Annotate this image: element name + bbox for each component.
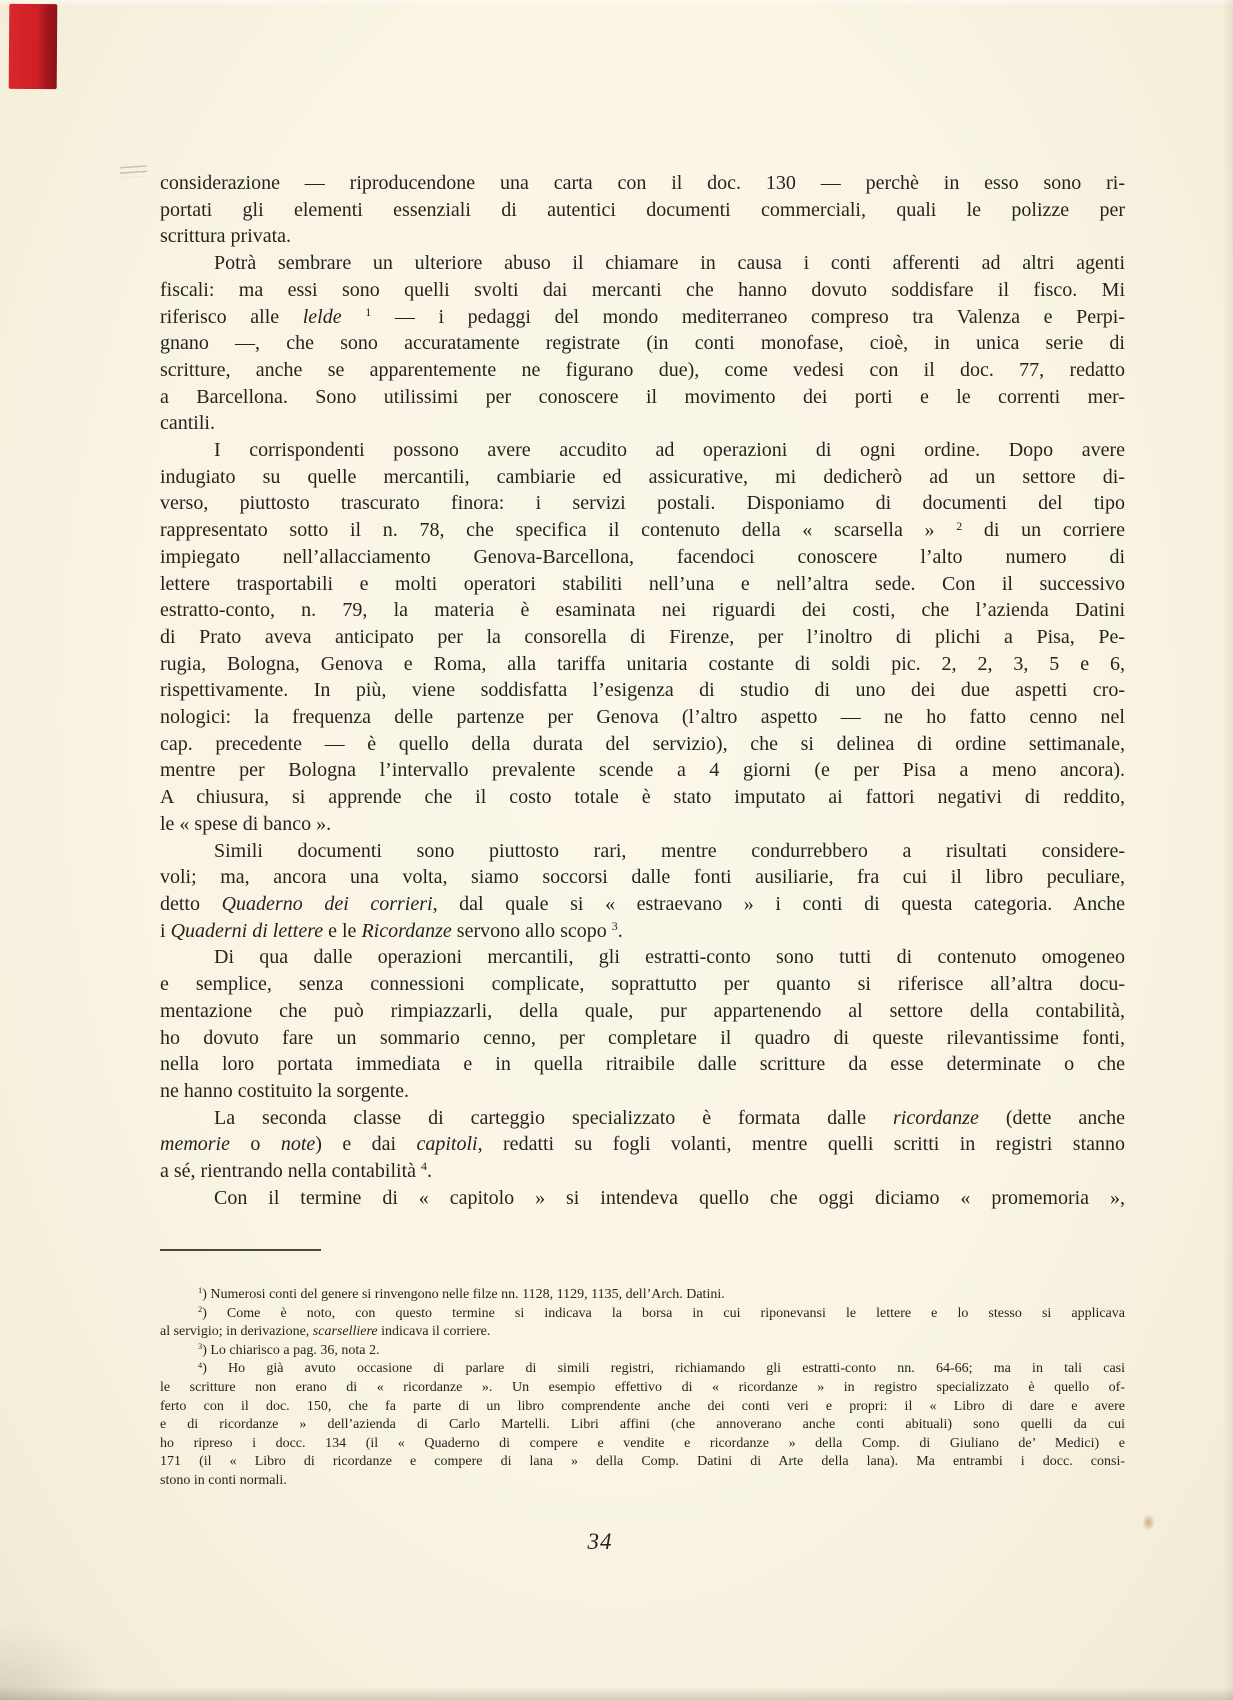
italic-term: lelde — [303, 306, 342, 328]
body-text-line: lettere trasportabili e molti operatori … — [160, 571, 1125, 598]
body-text-line: rugia, Bologna, Genova e Roma, alla tari… — [160, 651, 1125, 678]
body-text-line: riferisco alle lelde 1 — i pedaggi del m… — [160, 304, 1125, 331]
footnote-line: ho ripreso i docc. 134 (il « Quaderno di… — [160, 1435, 1125, 1454]
body-text-line: estratto-conto, n. 79, la materia è esam… — [160, 597, 1125, 624]
body-text-line: ho dovuto fare un sommario cenno, per co… — [160, 1025, 1125, 1052]
footnote-line: 1) Numerosi conti del genere si rinvengo… — [160, 1286, 1125, 1305]
footnotes: 1) Numerosi conti del genere si rinvengo… — [160, 1286, 1125, 1491]
body-text-line: portati gli elementi essenziali di auten… — [160, 197, 1125, 224]
footnote-reference: 4 — [421, 1159, 427, 1173]
italic-term: memorie — [160, 1133, 230, 1155]
body-text-line: voli; ma, ancora una volta, siamo soccor… — [160, 864, 1125, 891]
body-text-line: La seconda classe di carteggio specializ… — [160, 1105, 1125, 1132]
body-text-line: le « spese di banco ». — [160, 811, 1125, 838]
body-text-line: fiscali: ma essi sono quelli svolti dai … — [160, 277, 1125, 304]
body-text-line: ne hanno costituito la sorgente. — [160, 1078, 1125, 1105]
body-text-line: cantili. — [160, 410, 1125, 437]
footnote-reference: 2 — [956, 519, 962, 533]
footnote-rule — [160, 1249, 321, 1251]
footnote-reference: 1 — [198, 1286, 202, 1295]
body-text-line: di Prato aveva anticipato per la consore… — [160, 624, 1125, 651]
body-text-line: memorie o note) e dai capitoli, redatti … — [160, 1131, 1125, 1158]
scanned-book-page: { "page": { "number": "34", "colors": { … — [0, 0, 1233, 1700]
italic-term: ricordanze — [893, 1107, 979, 1129]
body-text-line: impiegato nell’allacciamento Genova-Barc… — [160, 544, 1125, 571]
footnote-line: 171 (il « Libro di ricordanze e compere … — [160, 1453, 1125, 1472]
body-text-line: detto Quaderno dei corrieri, dal quale s… — [160, 891, 1125, 918]
body-text-line: rispettivamente. In più, viene soddisfat… — [160, 677, 1125, 704]
footnote-reference: 3 — [198, 1342, 202, 1351]
body-text-line: scrittura privata. — [160, 223, 1125, 250]
italic-term: capitoli — [417, 1133, 478, 1155]
footnote-reference: 4 — [198, 1361, 202, 1370]
italic-term: Quaderno dei corrieri — [222, 893, 433, 915]
body-text-line: nella loro portata immediata e in quella… — [160, 1051, 1125, 1078]
body-text-line: e semplice, senza connessioni complicate… — [160, 971, 1125, 998]
body-text-line: mentre per Bologna l’intervallo prevalen… — [160, 757, 1125, 784]
footnote-line: 2) Come è noto, con questo termine si in… — [160, 1305, 1125, 1324]
footnote-reference: 1 — [365, 305, 371, 319]
footnote-line: ferto con il doc. 150, che fa parte di u… — [160, 1398, 1125, 1417]
pencil-margin-mark — [120, 165, 148, 178]
body-text-line: gnano —, che sono accuratamente registra… — [160, 330, 1125, 357]
italic-term: note — [281, 1133, 315, 1155]
italic-term: Quaderni di lettere — [171, 920, 324, 942]
body-text-line: verso, piuttosto trascurato finora: i se… — [160, 490, 1125, 517]
italic-term: Ricordanze — [361, 920, 451, 942]
body-text-line: considerazione — riproducendone una cart… — [160, 170, 1125, 197]
body-text-line: a sé, rientrando nella contabilità 4. — [160, 1158, 1125, 1185]
footnote-line: e di ricordanze » dell’azienda di Carlo … — [160, 1416, 1125, 1435]
body-text-line: Simili documenti sono piuttosto rari, me… — [160, 838, 1125, 865]
footnote-line: le scritture non erano di « ricordanze »… — [160, 1379, 1125, 1398]
footnote-reference: 2 — [198, 1305, 202, 1314]
footnote-line: al servigio; in derivazione, scarsellier… — [160, 1323, 1125, 1342]
body-text-line: nologici: la frequenza delle partenze pe… — [160, 704, 1125, 731]
footnote-line: 3) Lo chiarisco a pag. 36, nota 2. — [160, 1342, 1125, 1361]
page-bottom-edge-shadow — [0, 1687, 1233, 1700]
body-text: considerazione — riproducendone una cart… — [160, 170, 1125, 1211]
italic-term: scarselliere — [313, 1324, 378, 1339]
body-text-line: rappresentato sotto il n. 78, che specif… — [160, 517, 1125, 544]
page-top-edge-highlight — [0, 0, 1233, 6]
body-text-line: mentazione che può rimpiazzarli, della q… — [160, 998, 1125, 1025]
footnote-line: stono in conti normali. — [160, 1472, 1125, 1491]
red-corner-mark — [9, 4, 58, 89]
body-text-line: Potrà sembrare un ulteriore abuso il chi… — [160, 250, 1125, 277]
page-number: 34 — [0, 1529, 1200, 1555]
footnote-line: 4) Ho già avuto occasione di parlare di … — [160, 1360, 1125, 1379]
body-text-line: cap. precedente — è quello della durata … — [160, 731, 1125, 758]
body-text-line: a Barcellona. Sono utilissimi per conosc… — [160, 384, 1125, 411]
footnote-reference: 3 — [612, 919, 618, 933]
body-text-line: Con il termine di « capitolo » si intend… — [160, 1185, 1125, 1212]
body-text-line: Di qua dalle operazioni mercantili, gli … — [160, 944, 1125, 971]
bottom-left-corner-shadow — [0, 1620, 110, 1700]
body-text-line: I corrispondenti possono avere accudito … — [160, 437, 1125, 464]
body-text-line: indugiato su quelle mercantili, cambiari… — [160, 464, 1125, 491]
body-text-line: i Quaderni di lettere e le Ricordanze se… — [160, 918, 1125, 945]
body-text-line: A chiusura, si apprende che il costo tot… — [160, 784, 1125, 811]
body-text-line: scritture, anche se apparentemente ne fi… — [160, 357, 1125, 384]
page-right-edge-shadow — [1223, 0, 1233, 1700]
